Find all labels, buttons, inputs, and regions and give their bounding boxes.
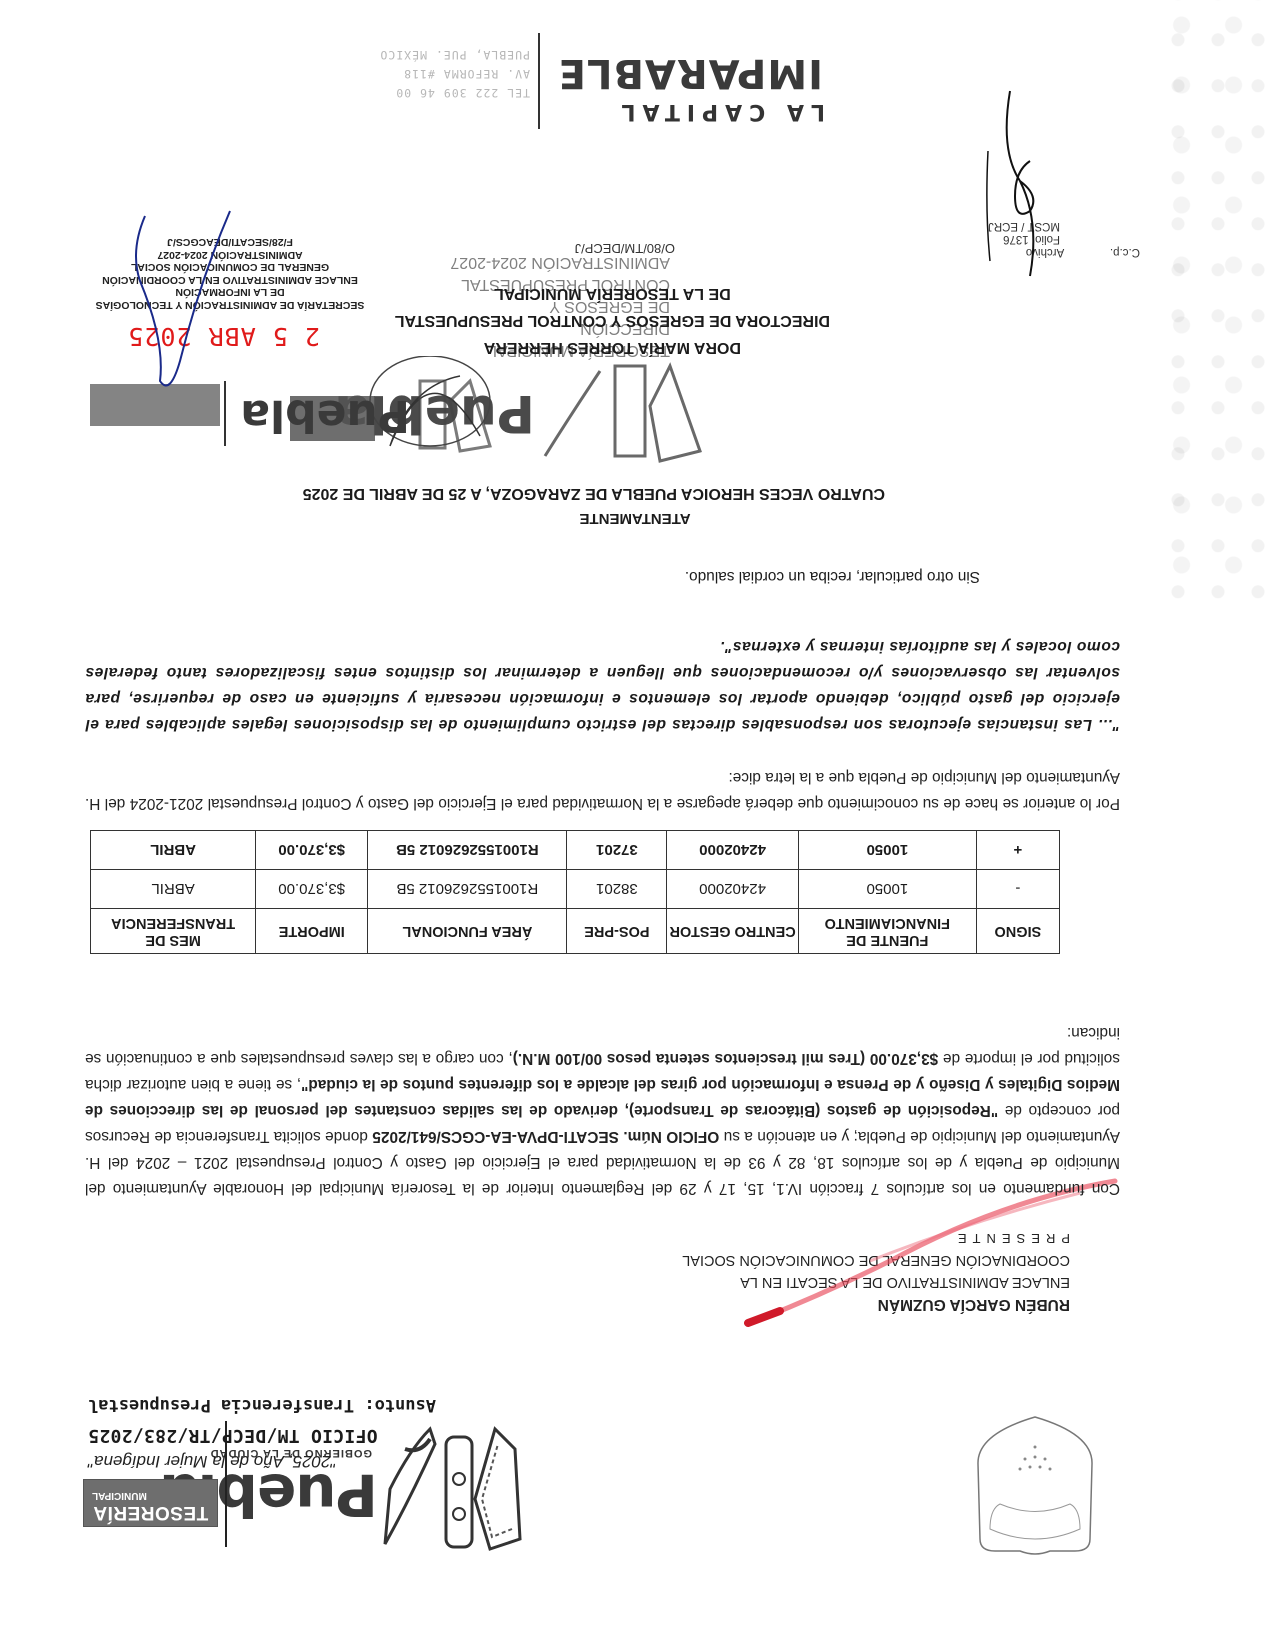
normatividad-quote: "... Las instancias ejecutoras son respo… [85, 633, 1120, 737]
signer-block: DORA MARÍA TORRES HERRERA DIRECTORA DE E… [395, 280, 830, 361]
asunto-line: Asunto: Transferencia Presupuestal [88, 1395, 436, 1415]
cell-area-funcional: R1001552626012 5B [368, 870, 567, 909]
signer-title-2: DE LA TESORERÍA MUNICIPAL [395, 280, 830, 307]
address-line: TEL 222 309 46 00 [379, 83, 530, 102]
cell-area-funcional: R1001552626012 5B [368, 831, 567, 870]
presente-label: PRESENTE [682, 1227, 1070, 1249]
table-row: - 10050 42402000 38201 R1001552626012 5B… [91, 870, 1060, 909]
table-row: + 10050 42402000 37201 R1001552626012 5B… [91, 831, 1060, 870]
table-header-row: SIGNO FUENTE DE FINANCIAMIENTO CENTRO GE… [91, 909, 1060, 954]
paragraph-authorization: Con fundamento en los artículos 7 fracci… [85, 1019, 1120, 1201]
col-importe: IMPORTE [256, 909, 368, 954]
paragraph-normatividad: Por lo anterior se hace de su conocimien… [85, 764, 1120, 816]
address-line [379, 102, 530, 121]
addressee-title-1: ENLACE ADMINISTRATIVO DE LA SECATI EN LA [682, 1271, 1070, 1293]
brand-small-text: LA CAPITAL [614, 99, 825, 124]
footer-address: TEL 222 309 46 00 AV. REFORMA #118 PUEBL… [379, 45, 530, 121]
tesoreria-badge: TESORERÍA MUNICIPAL [83, 1479, 218, 1527]
black-ink-signature-icon [960, 81, 1060, 281]
oficio-number: OFICIO TM/DECP/TR/283/2025 [88, 1425, 378, 1446]
col-area-funcional: ÁREA FUNCIONAL [368, 909, 567, 954]
cell-mes: ABRIL [91, 870, 256, 909]
oval-seal-icon [960, 1413, 1110, 1559]
col-mes: MES DE TRANSFERENCIA [91, 909, 256, 954]
atentamente-label: ATENTAMENTE [0, 510, 1270, 527]
budget-transfer-table: SIGNO FUENTE DE FINANCIAMIENTO CENTRO GE… [90, 830, 1060, 954]
blue-ink-signature-icon [120, 201, 240, 401]
place-date: CUATRO VECES HEROICA PUEBLA DE ZARAGOZA,… [303, 484, 885, 502]
cell-centro-gestor: 42402000 [667, 831, 799, 870]
coat-of-arms-icon [380, 1419, 530, 1559]
ccp-label: C.c.p. [1110, 246, 1140, 258]
scanned-letter: Puebla GOBIERNO DE LA CIUDAD TESORERÍA M… [0, 0, 1270, 1651]
cell-mes: ABRIL [91, 831, 256, 870]
signer-title-1: DIRECTORA DE EGRESOS Y CONTROL PRESUPUES… [395, 307, 830, 334]
stamp-reference: O/80/TM/DECP/J [575, 241, 675, 256]
year-slogan: "2025, Año de la Mujer Indígena" [88, 1451, 337, 1471]
svg-text:Puebla: Puebla [240, 390, 410, 441]
col-signo: SIGNO [976, 909, 1059, 954]
cell-signo: - [976, 870, 1059, 909]
la-capital-imparable-logo: LA CAPITAL IMPARABLE [565, 36, 845, 126]
cell-importe: $3,370.00 [256, 870, 368, 909]
address-line: AV. REFORMA #118 [379, 64, 530, 83]
brand-big-text: IMPARABLE [558, 50, 823, 96]
cell-pos-pre: 37201 [567, 831, 667, 870]
p1-amount: $3,370.00 (Tres mil trescientos setenta … [513, 1050, 939, 1067]
col-centro-gestor: CENTRO GESTOR [667, 909, 799, 954]
cell-signo: + [976, 831, 1059, 870]
cell-fuente: 10050 [798, 831, 976, 870]
col-fuente: FUENTE DE FINANCIAMIENTO [798, 909, 976, 954]
closing-line: Sin otro particular, reciba un cordial s… [685, 567, 980, 585]
addressee-name: RUBÉN GARCÍA GUZMÁN [682, 1293, 1070, 1315]
footer-divider [538, 33, 540, 129]
col-pos-pre: POS-PRE [567, 909, 667, 954]
cell-pos-pre: 38201 [567, 870, 667, 909]
tesoreria-title: TESORERÍA [84, 1501, 217, 1523]
addressee-block: RUBÉN GARCÍA GUZMÁN ENLACE ADMINISTRATIV… [682, 1227, 1070, 1315]
cell-importe: $3,370.00 [256, 831, 368, 870]
address-line: PUEBLA, PUE. MÉXICO [379, 45, 530, 64]
cell-centro-gestor: 42402000 [667, 870, 799, 909]
cell-fuente: 10050 [798, 870, 976, 909]
p1-oficio-ref: OFICIO Núm. SECATI-DPVA-EA-CGCS/641/2025 [372, 1128, 719, 1145]
tesoreria-subtitle: MUNICIPAL [84, 1489, 217, 1501]
addressee-title-2: COORDINACIÓN GENERAL DE COMUNICACIÓN SOC… [682, 1249, 1070, 1271]
signer-name: DORA MARÍA TORRES HERRERA [395, 334, 830, 361]
